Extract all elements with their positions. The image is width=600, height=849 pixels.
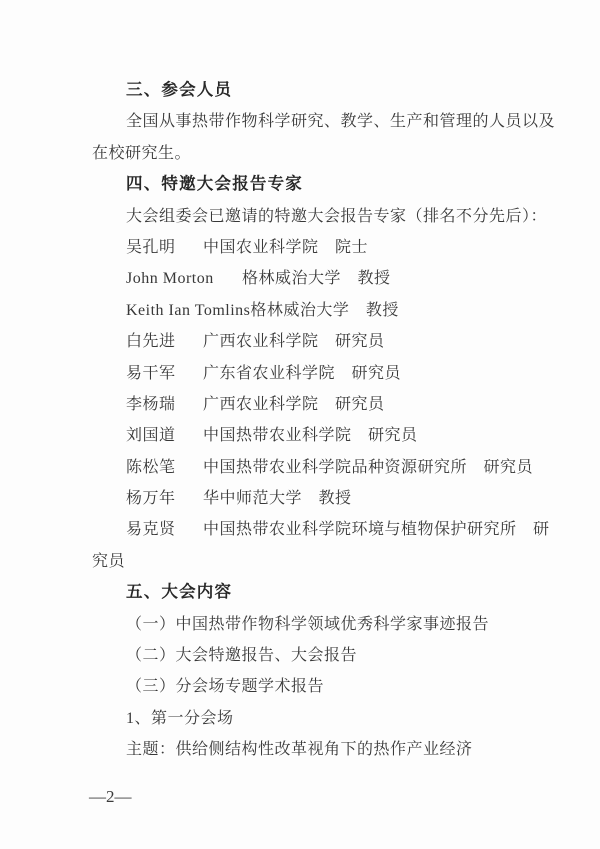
expert-name: 李杨瑞 <box>126 389 203 420</box>
text-line: 主题：供给侧结构性改革视角下的热作产业经济 <box>92 734 560 765</box>
expert-name: 白先进 <box>126 326 203 357</box>
expert-row: 杨万年华中师范大学 教授 <box>92 483 560 514</box>
text-line: 在校研究生。 <box>92 138 560 169</box>
expert-affiliation-title: 广西农业科学院 研究员 <box>203 389 385 420</box>
expert-row: John Morton格林威治大学 教授 <box>92 263 560 294</box>
expert-name: Keith Ian Tomlins <box>126 295 250 326</box>
expert-name: 杨万年 <box>126 483 203 514</box>
expert-name: 刘国道 <box>126 420 203 451</box>
text-line: （一）中国热带作物科学领域优秀科学家事迹报告 <box>92 609 560 640</box>
expert-row: Keith Ian Tomlins格林威治大学 教授 <box>92 295 560 326</box>
page-number: —2— <box>89 781 132 812</box>
expert-row: 白先进广西农业科学院 研究员 <box>92 326 560 357</box>
expert-affiliation-title: 中国热带农业科学院环境与植物保护研究所 研 <box>203 514 550 545</box>
expert-row: 陈松笔中国热带农业科学院品种资源研究所 研究员 <box>92 452 560 483</box>
expert-row: 易干军广东省农业科学院 研究员 <box>92 358 560 389</box>
expert-row: 李杨瑞广西农业科学院 研究员 <box>92 389 560 420</box>
expert-affiliation-title: 中国热带农业科学院 研究员 <box>203 420 418 451</box>
text-line: （三）分会场专题学术报告 <box>92 671 560 702</box>
document-body: 三、参会人员全国从事热带作物科学研究、教学、生产和管理的人员以及在校研究生。四、… <box>92 75 560 766</box>
text-line: 究员 <box>92 546 560 577</box>
expert-name: 吴孔明 <box>126 232 203 263</box>
document-page: 三、参会人员全国从事热带作物科学研究、教学、生产和管理的人员以及在校研究生。四、… <box>0 0 600 849</box>
text-line: 全国从事热带作物科学研究、教学、生产和管理的人员以及 <box>92 106 560 137</box>
expert-affiliation-title: 广东省农业科学院 研究员 <box>203 358 401 389</box>
expert-affiliation-title: 中国热带农业科学院品种资源研究所 研究员 <box>203 452 533 483</box>
expert-affiliation-title: 华中师范大学 教授 <box>203 483 352 514</box>
text-line: 大会组委会已邀请的特邀大会报告专家（排名不分先后）： <box>92 201 560 232</box>
text-line: （二）大会特邀报告、大会报告 <box>92 640 560 671</box>
expert-name: 陈松笔 <box>126 452 203 483</box>
expert-affiliation-title: 中国农业科学院 院士 <box>203 232 368 263</box>
expert-row: 吴孔明中国农业科学院 院士 <box>92 232 560 263</box>
section-heading: 五、大会内容 <box>92 577 560 608</box>
expert-name: 易克贤 <box>126 514 203 545</box>
expert-row: 刘国道中国热带农业科学院 研究员 <box>92 420 560 451</box>
text-line: 1、第一分会场 <box>92 703 560 734</box>
expert-affiliation-title: 格林威治大学 教授 <box>250 295 399 326</box>
expert-affiliation-title: 广西农业科学院 研究员 <box>203 326 385 357</box>
expert-affiliation-title: 格林威治大学 教授 <box>242 263 391 294</box>
expert-name: 易干军 <box>126 358 203 389</box>
expert-row: 易克贤中国热带农业科学院环境与植物保护研究所 研 <box>92 514 560 545</box>
expert-name: John Morton <box>126 263 242 294</box>
section-heading: 四、特邀大会报告专家 <box>92 169 560 200</box>
section-heading: 三、参会人员 <box>92 75 560 106</box>
